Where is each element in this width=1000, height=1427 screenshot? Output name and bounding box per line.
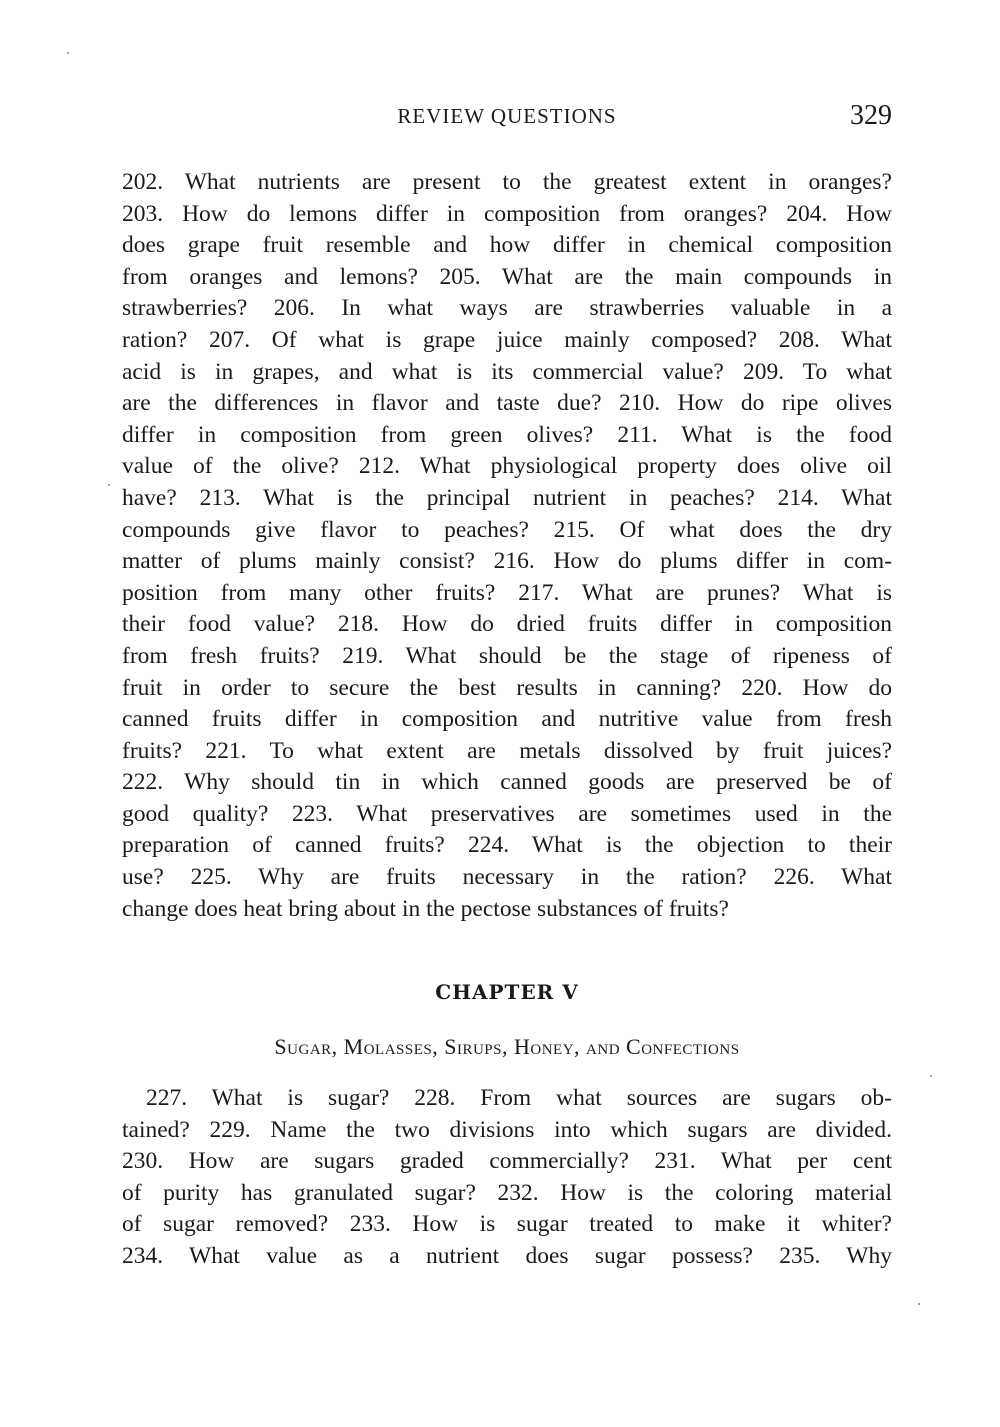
text-line: ration? 207. Of what is grape juice main… xyxy=(122,325,892,357)
text-line: 202. What nutrients are present to the g… xyxy=(122,167,892,199)
scan-speck xyxy=(918,1303,920,1305)
review-questions-fruits: 202. What nutrients are present to the g… xyxy=(122,167,892,925)
text-line: 234. What value as a nutrient does sugar… xyxy=(122,1241,892,1273)
text-line: their food value? 218. How do dried frui… xyxy=(122,609,892,641)
text-line: from fresh fruits? 219. What should be t… xyxy=(122,641,892,673)
text-line: of purity has granulated sugar? 232. How… xyxy=(122,1178,892,1210)
text-line: compounds give flavor to peaches? 215. O… xyxy=(122,515,892,547)
book-page: REVIEW QUESTIONS 329 202. What nutrients… xyxy=(0,0,1000,1427)
text-line: acid is in grapes, and what is its comme… xyxy=(122,357,892,389)
text-line: value of the olive? 212. What physiologi… xyxy=(122,451,892,483)
text-line: tained? 229. Name the two divisions into… xyxy=(122,1115,892,1147)
chapter-heading: CHAPTER V xyxy=(122,980,892,1004)
text-line: preparation of canned fruits? 224. What … xyxy=(122,830,892,862)
text-line: from oranges and lemons? 205. What are t… xyxy=(122,262,892,294)
text-line: change does heat bring about in the pect… xyxy=(122,894,892,926)
text-line: are the differences in flavor and taste … xyxy=(122,388,892,420)
text-line: differ in composition from green olives?… xyxy=(122,420,892,452)
scan-speck xyxy=(108,484,110,486)
text-line: 230. How are sugars graded commercially?… xyxy=(122,1146,892,1178)
running-head: REVIEW QUESTIONS 329 xyxy=(122,100,892,136)
text-line: does grape fruit resemble and how differ… xyxy=(122,230,892,262)
text-line: strawberries? 206. In what ways are stra… xyxy=(122,293,892,325)
review-questions-sugar: 227. What is sugar? 228. From what sourc… xyxy=(122,1083,892,1273)
scan-speck xyxy=(67,52,69,54)
text-line: canned fruits differ in composition and … xyxy=(122,704,892,736)
text-line: 227. What is sugar? 228. From what sourc… xyxy=(122,1083,892,1115)
text-line: fruits? 221. To what extent are metals d… xyxy=(122,736,892,768)
text-line: use? 225. Why are fruits necessary in th… xyxy=(122,862,892,894)
text-line: have? 213. What is the principal nutrien… xyxy=(122,483,892,515)
running-title: REVIEW QUESTIONS xyxy=(122,104,892,129)
text-line: 203. How do lemons differ in composition… xyxy=(122,199,892,231)
scan-speck xyxy=(930,1075,932,1077)
text-line: fruit in order to secure the best result… xyxy=(122,673,892,705)
text-line: good quality? 223. What preservatives ar… xyxy=(122,799,892,831)
text-line: matter of plums mainly consist? 216. How… xyxy=(122,546,892,578)
text-line: of sugar removed? 233. How is sugar trea… xyxy=(122,1209,892,1241)
text-line: 222. Why should tin in which canned good… xyxy=(122,767,892,799)
chapter-subtitle: Sugar, Molasses, Sirups, Honey, and Conf… xyxy=(122,1034,892,1060)
text-line: position from many other fruits? 217. Wh… xyxy=(122,578,892,610)
page-number: 329 xyxy=(850,100,892,132)
